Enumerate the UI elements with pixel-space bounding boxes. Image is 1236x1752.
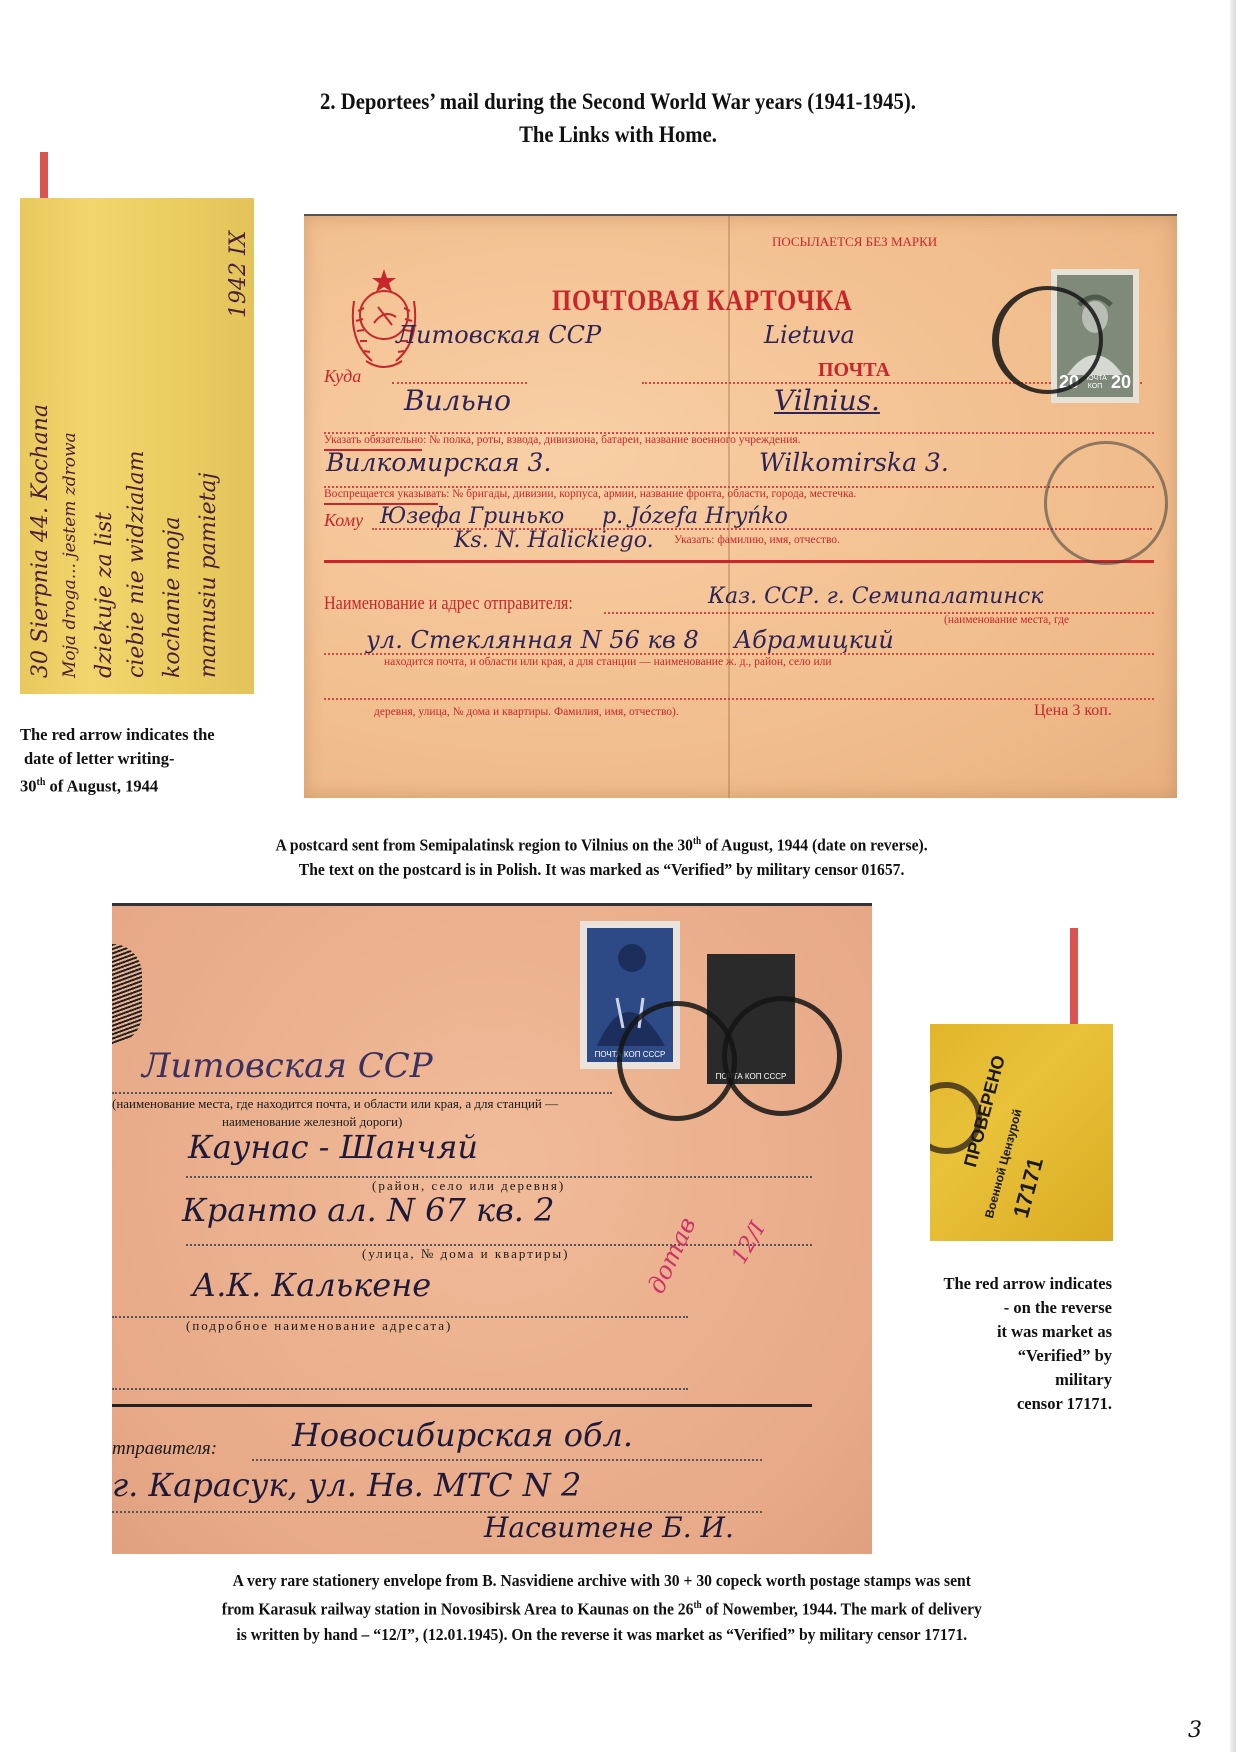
postmark-karasuk (617, 1001, 737, 1121)
delivery-mark: дотав (642, 1213, 701, 1298)
hw-street-pl: Wilkomirska 3. (759, 448, 949, 477)
page-title: 2. Deportees’ mail during the Second Wor… (62, 85, 1174, 151)
hw-sender-2: г. Карасук, ул. Нв. МТС N 2 (112, 1466, 581, 1504)
hw-sender-3: Насвитене Б. И. (484, 1511, 734, 1544)
hw-addressee: А.К. Калькене (192, 1266, 431, 1304)
hw-sender-2: ул. Стеклянная N 56 кв 8 (366, 626, 699, 654)
censor-stamp-detail: ПРОВЕРЕНО Военной Цензурой 17171 (930, 1024, 1113, 1241)
postmark (1044, 441, 1168, 565)
place-note-2: находится почта, и области или края, а д… (384, 656, 832, 668)
sender-label: тправителя: (112, 1438, 217, 1460)
place-note-3: деревня, улица, № дома и квартиры. Фамил… (374, 706, 679, 718)
street-note: (улица, № дома и квартиры) (362, 1246, 569, 1262)
hw-city-ru: Вильно (404, 384, 511, 417)
forbidden-label: Воспрещается указывать: № бригады, дивиз… (324, 488, 856, 500)
letter-detail-image: 30 Sierpnia 44. Kochana Moja droga... je… (20, 198, 254, 694)
handwriting-date: 1942 IX (226, 231, 251, 318)
postcard-heading: ПОЧТОВАЯ КАРТОЧКА (552, 284, 853, 318)
place-note: (наименование места, где находится почта… (112, 1096, 558, 1112)
hw-sender-1: Каз. ССР. г. Семипалатинск (708, 584, 1043, 609)
title-line-1: 2. Deportees’ mail during the Second Wor… (62, 85, 1174, 118)
price-label: Цена 3 коп. (1034, 702, 1112, 720)
letter-date-note: The red arrow indicates the date of lett… (20, 723, 215, 799)
specify-name-label: Указать: фамилию, имя, отчество. (674, 534, 840, 546)
hw-sender-name: Абрамицкий (734, 626, 894, 654)
hw-sender-1: Новосибирская обл. (292, 1416, 633, 1454)
sender-label: Наименование и адрес отправителя: (324, 593, 573, 615)
handwriting-line: mamusiu pamietaj (196, 473, 221, 678)
page-number: 3 (1188, 1718, 1202, 1743)
hw-city: Каунас - Шанчяй (188, 1128, 478, 1166)
censor-note: The red arrow indicates - on the reverse… (880, 1272, 1112, 1416)
hw-region: Литовская ССР (142, 1046, 433, 1086)
postmark-karasuk (722, 996, 842, 1116)
must-specify-label: Указать обязательно: № полка, роты, взво… (324, 434, 801, 446)
hw-street-ru: Вилкомирская 3. (326, 448, 551, 477)
envelope-image: ПОЧТА КОП СССР ПОЧТА КОП СССР Литовская … (112, 903, 872, 1554)
censor-number: 17171 (1008, 1155, 1049, 1221)
postcard-caption: A postcard sent from Semipalatinsk regio… (160, 830, 1043, 882)
hw-recipient-2: Ks. N. Halickiego. (454, 528, 654, 553)
hw-city-pl: Vilnius. (774, 384, 880, 417)
hw-street: Кранто ал. N 67 кв. 2 (182, 1191, 554, 1229)
no-stamp-label: ПОСЫЛАЕТСЯ БЕЗ МАРКИ (772, 234, 937, 250)
postcard-image: ПОСЫЛАЕТСЯ БЕЗ МАРКИ ПОЧТОВАЯ КАРТОЧКА Л… (304, 214, 1177, 798)
to-whom-label: Кому (324, 510, 363, 531)
hw-region-ru: Литовская ССР (396, 321, 601, 349)
handwriting-line: Moja droga... jestem zdrowa (60, 432, 80, 678)
to-where-label: Куда (324, 366, 361, 387)
addressee-note: (подробное наименование адресата) (186, 1318, 452, 1334)
hw-recipient-pl: p. Józefa Hryńko (602, 504, 788, 529)
post-label: ПОЧТА (818, 359, 890, 382)
handwriting-line: kochanie moja (160, 517, 185, 678)
handwriting-line: 30 Sierpnia 44. Kochana (28, 404, 53, 678)
postmark (992, 286, 1103, 394)
place-name-note: (наименование места, где (944, 614, 1069, 626)
handwriting-line: dziekuje za list (92, 512, 117, 678)
title-line-2: The Links with Home. (62, 118, 1174, 151)
handwriting-line: ciebie nie widzialam (124, 451, 149, 678)
hw-recipient-ru: Юзефа Гринько (380, 504, 564, 529)
envelope-caption: A very rare stationery envelope from B. … (82, 1568, 1122, 1647)
soviet-emblem-icon (112, 944, 142, 1044)
page-edge (1230, 0, 1236, 1752)
hw-region-pl: Lietuva (764, 321, 855, 349)
